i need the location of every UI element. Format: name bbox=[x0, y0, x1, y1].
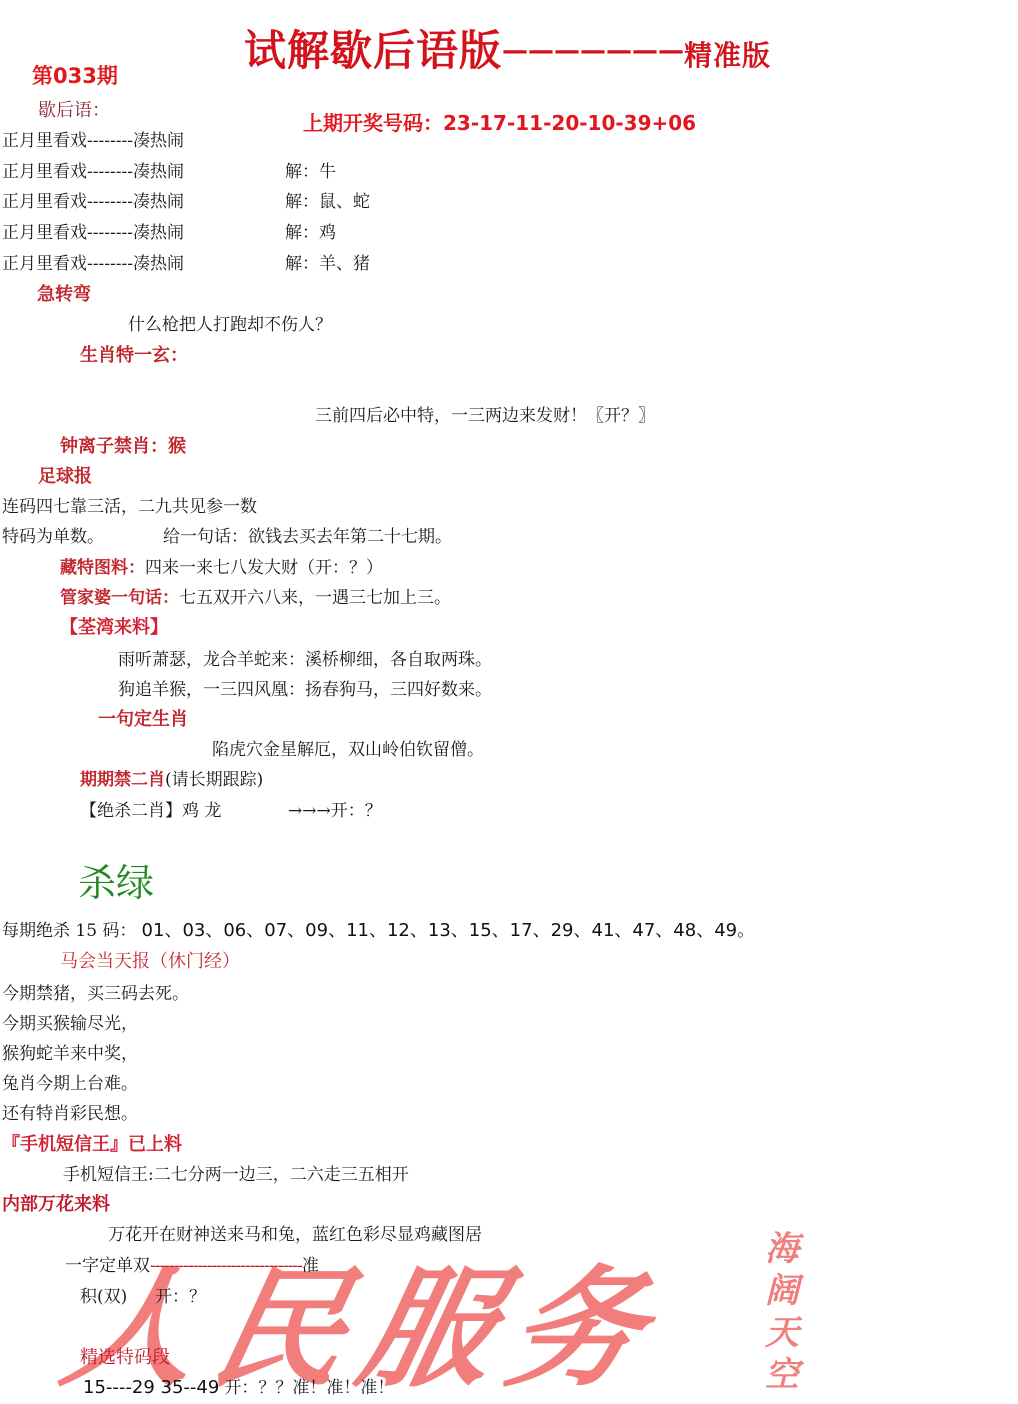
odd-even-heading: 一字定单双 bbox=[65, 1256, 150, 1276]
last-draw: 上期开奖号码：23-17-11-20-10-39+06 bbox=[303, 107, 696, 136]
housekeeper-label: 管家婆一句话： bbox=[60, 588, 179, 608]
jockey-club-line: 还有特肖彩民想。 bbox=[2, 1099, 138, 1124]
last-draw-label: 上期开奖号码： bbox=[303, 111, 443, 135]
hidden-special-text: 四来一来七八发大财（开：？） bbox=[145, 558, 383, 578]
ban-two-note: (请长期跟踪) bbox=[165, 770, 263, 790]
kill-green-numbers: 01、03、06、07、09、11、12、13、15、17、29、41、47、4… bbox=[142, 920, 756, 941]
sms-king-heading: 『手机短信王』已上料 bbox=[2, 1130, 182, 1156]
xiehouyu-answer: 解：鸡 bbox=[285, 218, 336, 243]
football-heading: 足球报 bbox=[38, 462, 92, 488]
hidden-special: 藏特图料：四来一来七八发大财（开：？） bbox=[60, 553, 383, 578]
odd-even-line: 一字定单双--------------------------------准 bbox=[65, 1251, 319, 1276]
quanwan-heading: 【荃湾来料】 bbox=[60, 613, 168, 639]
kill-green-heading: 杀绿 bbox=[78, 852, 154, 907]
riddle-heading: 急转弯 bbox=[37, 280, 91, 306]
issue-number: 第033期 bbox=[32, 60, 118, 90]
zhonglizi-label: 钟离子禁肖：猴 bbox=[60, 432, 186, 458]
zodiac-mystery-heading: 生肖特一玄： bbox=[80, 341, 188, 367]
kill-green-prefix: 每期绝杀 15 码： bbox=[2, 921, 136, 941]
jockey-club-line: 今期买猴输尽光， bbox=[2, 1009, 138, 1034]
selected-range-line: 15----29 35--49 开：？？准！准！准！ bbox=[83, 1373, 394, 1398]
internal-text: 万花开在财神送来马和兔，蓝红色彩尽显鸡藏图居 bbox=[108, 1220, 482, 1245]
title-dash: ——————— bbox=[502, 36, 684, 66]
xiehouyu-row: 正月里看戏--------凑热闹 bbox=[2, 249, 184, 274]
football-line1: 连码四七靠三活，二九共见参一数 bbox=[2, 492, 257, 517]
last-draw-numbers: 23-17-11-20-10-39+06 bbox=[443, 111, 696, 135]
kill-two-label: 【绝杀二肖】鸡 龙 bbox=[80, 796, 221, 821]
riddle-question: 什么枪把人打跑却不伤人？ bbox=[128, 310, 332, 335]
one-line-zodiac-text: 陷虎穴金星解厄，双山岭伯钦留僧。 bbox=[212, 735, 484, 760]
kill-green-line: 每期绝杀 15 码： 01、03、06、07、09、11、12、13、15、17… bbox=[2, 916, 755, 942]
jockey-club-line: 兔肖今期上台难。 bbox=[2, 1069, 138, 1094]
xiehouyu-answer: 解：鼠、蛇 bbox=[285, 187, 370, 212]
xiehouyu-answer: 解：牛 bbox=[285, 157, 336, 182]
title-main: 试解歇后语版 bbox=[244, 26, 502, 75]
selected-range-heading: 精选特码段 bbox=[80, 1343, 170, 1369]
ban-two-line: 期期禁二肖(请长期跟踪) bbox=[80, 765, 263, 790]
quanwan-line: 狗追羊猴，一三四风凰：扬春狗马，三四好数来。 bbox=[118, 675, 492, 700]
title-sub: 精准版 bbox=[684, 39, 771, 72]
page-title: 试解歇后语版———————精准版 bbox=[244, 18, 771, 78]
xiehouyu-row: 正月里看戏--------凑热闹 bbox=[2, 218, 184, 243]
watermark-vertical: 海阔天空 bbox=[762, 1228, 802, 1396]
jockey-club-line: 今期禁猪，买三码去死。 bbox=[2, 979, 189, 1004]
football-line2b: 给一句话：欲钱去买去年第二十七期。 bbox=[163, 522, 452, 547]
zodiac-mystery-text: 三前四后必中特，一三两边来发财！〖开？〗 bbox=[315, 401, 655, 426]
selected-range-numbers: 15----29 35--49 bbox=[83, 1377, 219, 1398]
one-line-zodiac-heading: 一句定生肖 bbox=[98, 705, 188, 731]
sms-king-text: 手机短信王:二七分两一边三，二六走三五相开 bbox=[63, 1160, 409, 1185]
odd-even-answer: 积(双) bbox=[80, 1282, 127, 1307]
jockey-club-line: 猴狗蛇羊来中奖， bbox=[2, 1039, 138, 1064]
kill-two-arrow: →→→开：？ bbox=[288, 796, 382, 821]
quanwan-line: 雨听萧瑟，龙合羊蛇来：溪桥柳细，各自取两珠。 bbox=[118, 645, 492, 670]
xiehouyu-heading: 歇后语： bbox=[38, 96, 110, 122]
internal-heading: 内部万花来料 bbox=[2, 1190, 110, 1216]
odd-even-open: 开：？ bbox=[155, 1282, 206, 1307]
housekeeper-text: 七五双开六八来，一遇三七加上三。 bbox=[179, 588, 451, 608]
xiehouyu-answer: 解：羊、猪 bbox=[285, 249, 370, 274]
selected-range-tail: 开：？？准！准！准！ bbox=[224, 1378, 394, 1398]
odd-even-dashes: -------------------------------- bbox=[150, 1256, 302, 1276]
housekeeper-line: 管家婆一句话：七五双开六八来，一遇三七加上三。 bbox=[60, 583, 451, 608]
xiehouyu-row: 正月里看戏--------凑热闹 bbox=[2, 126, 184, 151]
xiehouyu-row: 正月里看戏--------凑热闹 bbox=[2, 157, 184, 182]
ban-two-heading: 期期禁二肖 bbox=[80, 770, 165, 790]
jockey-club-heading: 马会当天报（休门经） bbox=[60, 947, 240, 973]
xiehouyu-row: 正月里看戏--------凑热闹 bbox=[2, 187, 184, 212]
odd-even-suffix: 准 bbox=[302, 1256, 319, 1276]
football-line2a: 特码为单数。 bbox=[2, 522, 104, 547]
hidden-special-label: 藏特图料： bbox=[60, 558, 145, 578]
